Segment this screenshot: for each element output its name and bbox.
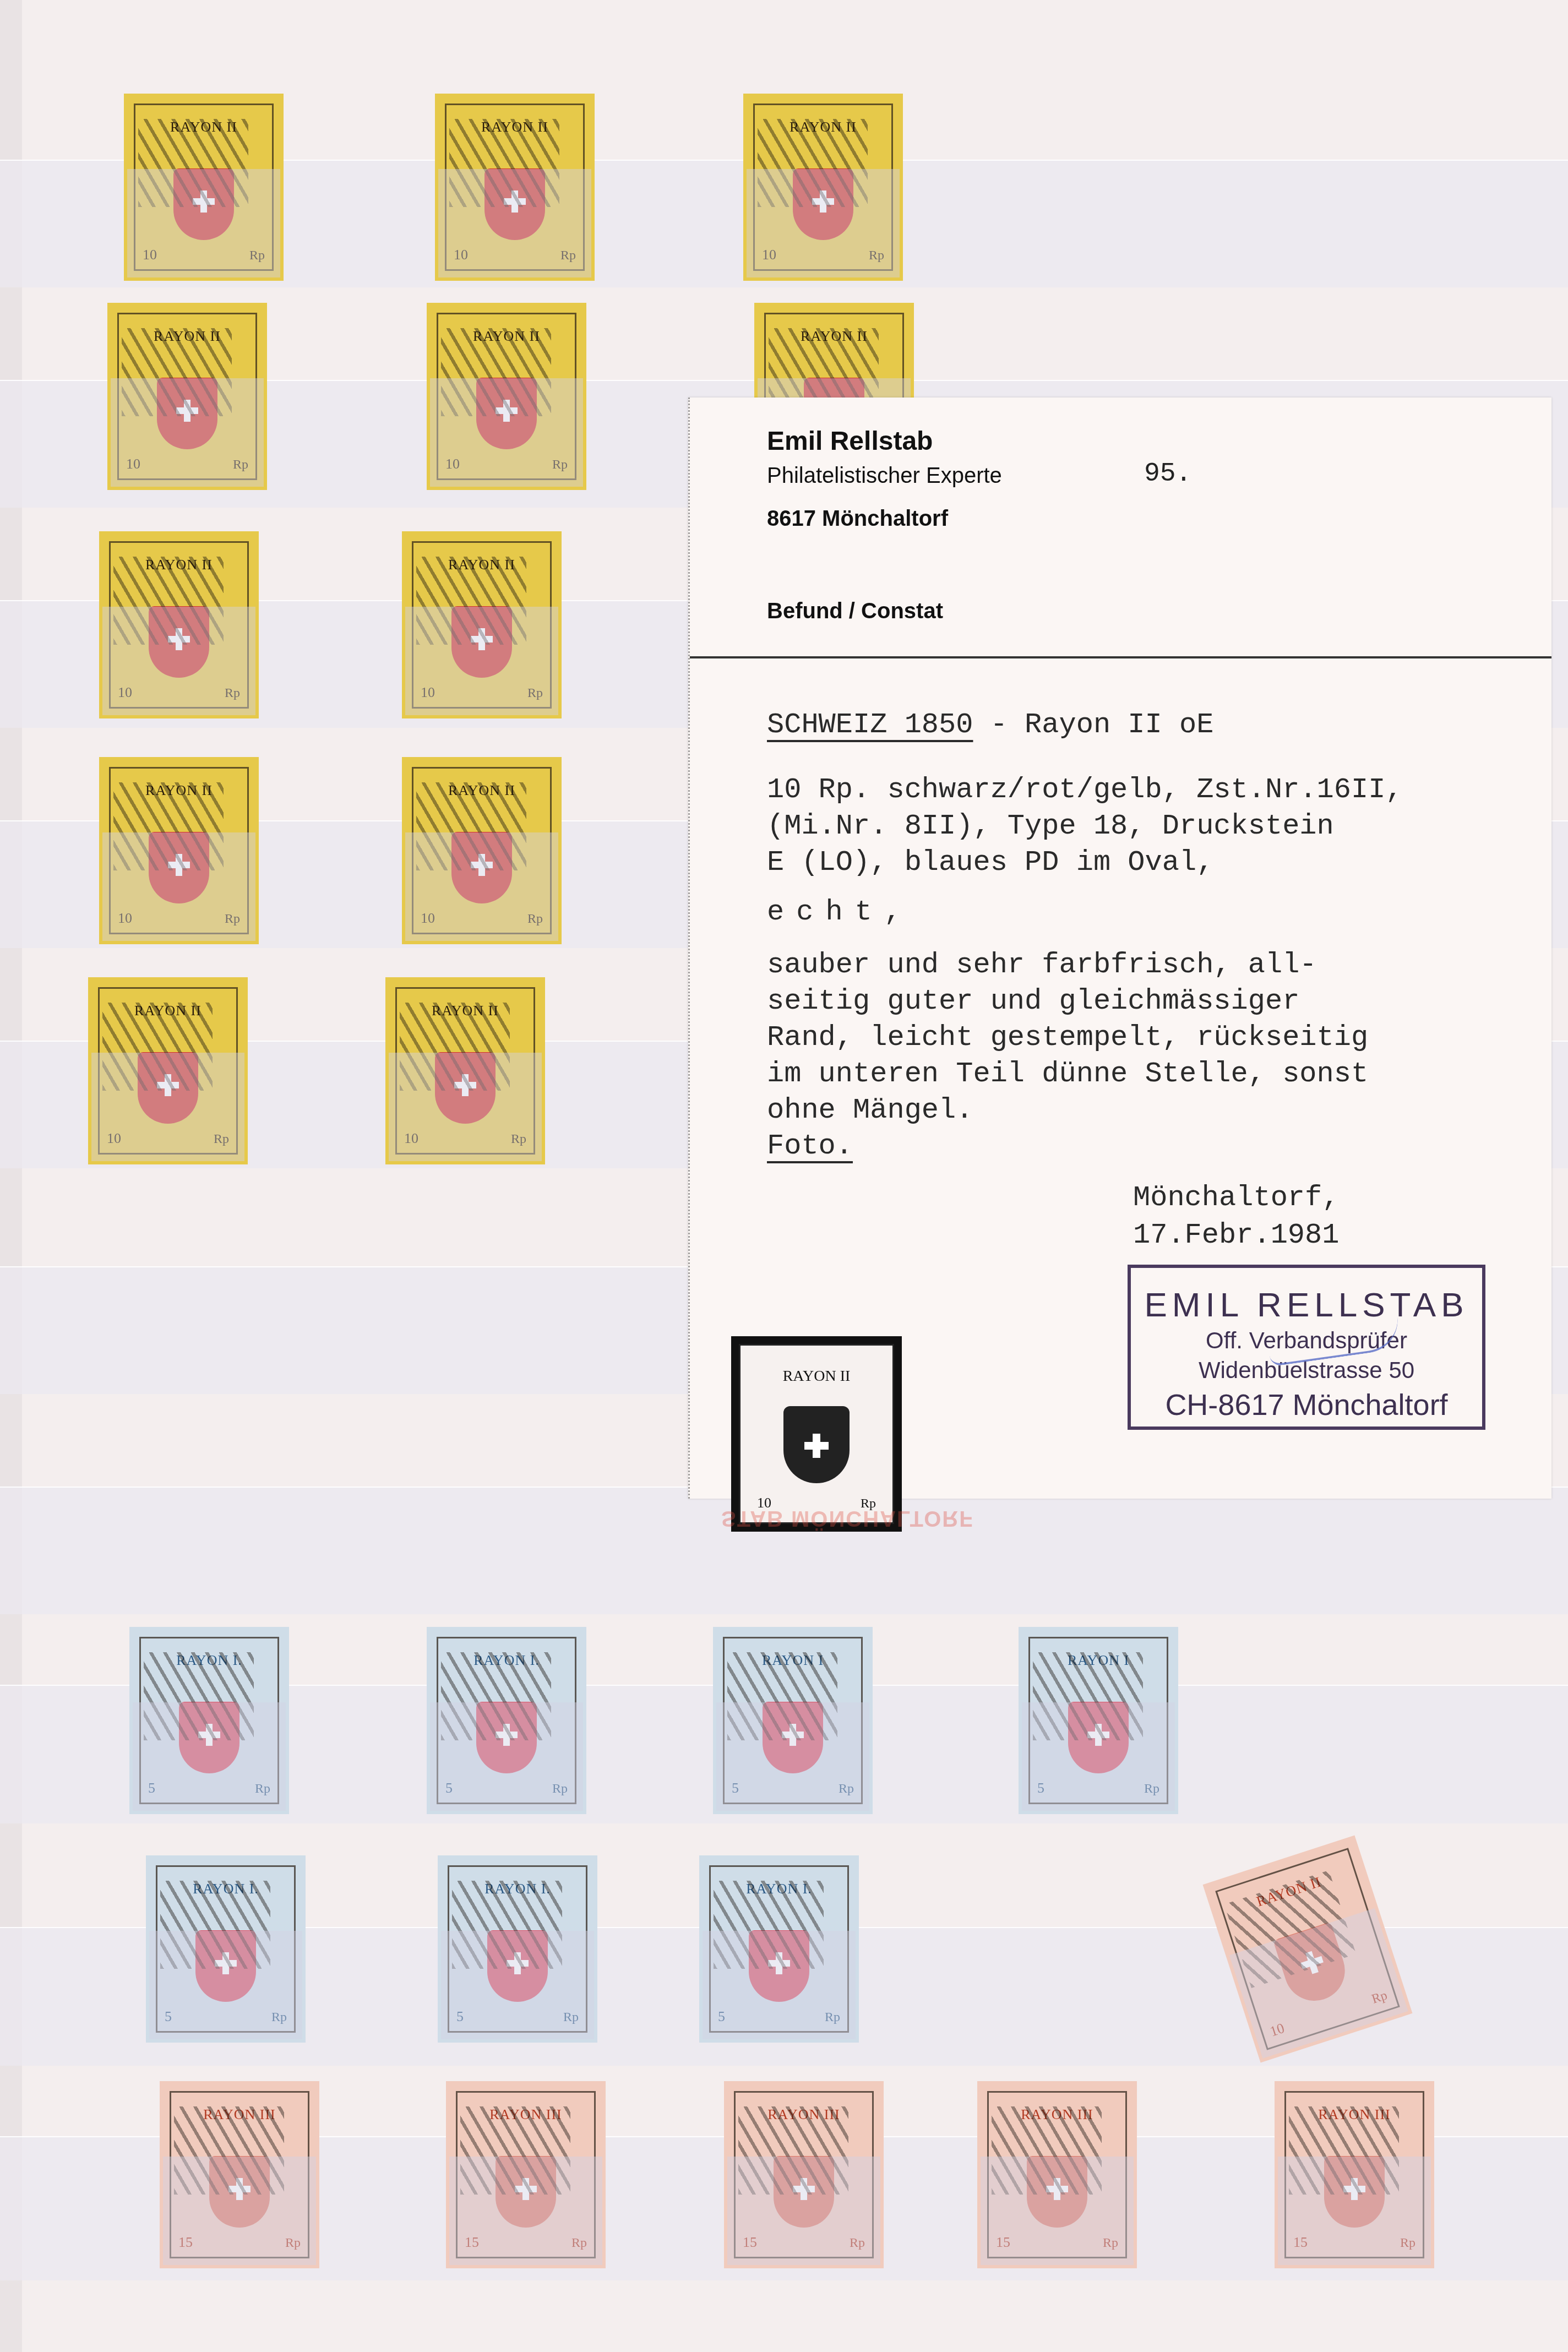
certificate-number: 95.	[1144, 459, 1191, 489]
strip-overlay	[149, 1931, 302, 2039]
stamp: RAYON I5Rp	[1019, 1627, 1178, 1814]
strip-overlay	[127, 169, 280, 277]
stamp: RAYON I.5Rp	[129, 1627, 289, 1814]
strip-overlay	[133, 1702, 286, 1811]
stamp: RAYON I.5Rp	[427, 1627, 586, 1814]
stamp: RAYON III15Rp	[724, 2081, 884, 2268]
strip-overlay	[430, 378, 583, 487]
strip-overlay	[405, 832, 558, 941]
strip-overlay	[438, 169, 591, 277]
stamp: RAYON II10Rp	[107, 303, 267, 490]
stamp: RAYON II10Rp	[402, 531, 562, 718]
stamp: RAYON I.5Rp	[438, 1855, 597, 2043]
stamp: RAYON III15Rp	[160, 2081, 319, 2268]
expert-place: 8617 Mönchaltorf	[767, 507, 948, 531]
stamp: RAYON II10Rp	[435, 94, 595, 281]
expert-certificate: Emil Rellstab Philatelistischer Experte …	[688, 398, 1551, 1499]
heading-country-year: SCHWEIZ 1850	[767, 709, 973, 741]
certificate-heading: SCHWEIZ 1850 - Rayon II oE	[767, 709, 1213, 741]
strip-overlay	[1022, 1702, 1175, 1811]
strip-overlay	[389, 1053, 542, 1161]
stamp: RAYON II10Rp	[427, 303, 586, 490]
handstamp-line: EMIL RELLSTAB	[1131, 1286, 1482, 1325]
stamp: RAYON II10Rp	[743, 94, 903, 281]
strip-overlay	[430, 1702, 583, 1811]
strip-overlay	[1278, 2157, 1431, 2265]
stamp: RAYON III15Rp	[1275, 2081, 1434, 2268]
verdict: echt,	[767, 896, 913, 928]
strip-overlay	[102, 607, 255, 715]
condition-text: sauber und sehr farbfrisch, all- seitig …	[767, 947, 1368, 1129]
stamp: RAYON III15Rp	[977, 2081, 1137, 2268]
section-label: Befund / Constat	[767, 599, 943, 624]
place-date: Mönchaltorf, 17.Febr.1981	[1133, 1179, 1339, 1254]
stamp: RAYON I.5Rp	[699, 1855, 859, 2043]
stamp-description: 10 Rp. schwarz/rot/gelb, Zst.Nr.16II, (M…	[767, 772, 1403, 881]
strip-overlay	[163, 2157, 316, 2265]
strip-overlay	[405, 607, 558, 715]
stamp: RAYON II10Rp	[124, 94, 284, 281]
stamp: RAYON II10Rp	[402, 757, 562, 944]
stamp: RAYON I5Rp	[713, 1627, 873, 1814]
stamp: RAYON II10Rp	[99, 531, 259, 718]
foto-label: Foto.	[767, 1130, 853, 1162]
stamp: RAYON III15Rp	[446, 2081, 606, 2268]
expert-name: Emil Rellstab	[767, 426, 933, 456]
strip-overlay	[441, 1931, 594, 2039]
strip-overlay	[747, 169, 900, 277]
stamp: RAYON II10Rp	[99, 757, 259, 944]
photo-stamp-label: RAYON II	[741, 1368, 892, 1385]
mirrored-imprint: STAB MÖNCHALTORF	[721, 1498, 1140, 1531]
strip-overlay	[703, 1931, 856, 2039]
stamp: RAYON II10Rp	[88, 977, 248, 1164]
strip-overlay	[111, 378, 264, 487]
stamp: RAYON II10Rp	[385, 977, 545, 1164]
stamp: RAYON I.5Rp	[146, 1855, 306, 2043]
strip-overlay	[102, 832, 255, 941]
divider	[690, 656, 1551, 658]
expert-title: Philatelistischer Experte	[767, 464, 1002, 488]
strip-overlay	[727, 2157, 880, 2265]
handstamp-line: CH-8617 Mönchaltorf	[1131, 1388, 1482, 1422]
strip-overlay	[449, 2157, 602, 2265]
swiss-cross-icon	[804, 1434, 829, 1458]
strip-overlay	[91, 1053, 244, 1161]
strip-overlay	[981, 2157, 1134, 2265]
heading-rest: - Rayon II oE	[973, 709, 1213, 741]
strip-overlay	[716, 1702, 869, 1811]
